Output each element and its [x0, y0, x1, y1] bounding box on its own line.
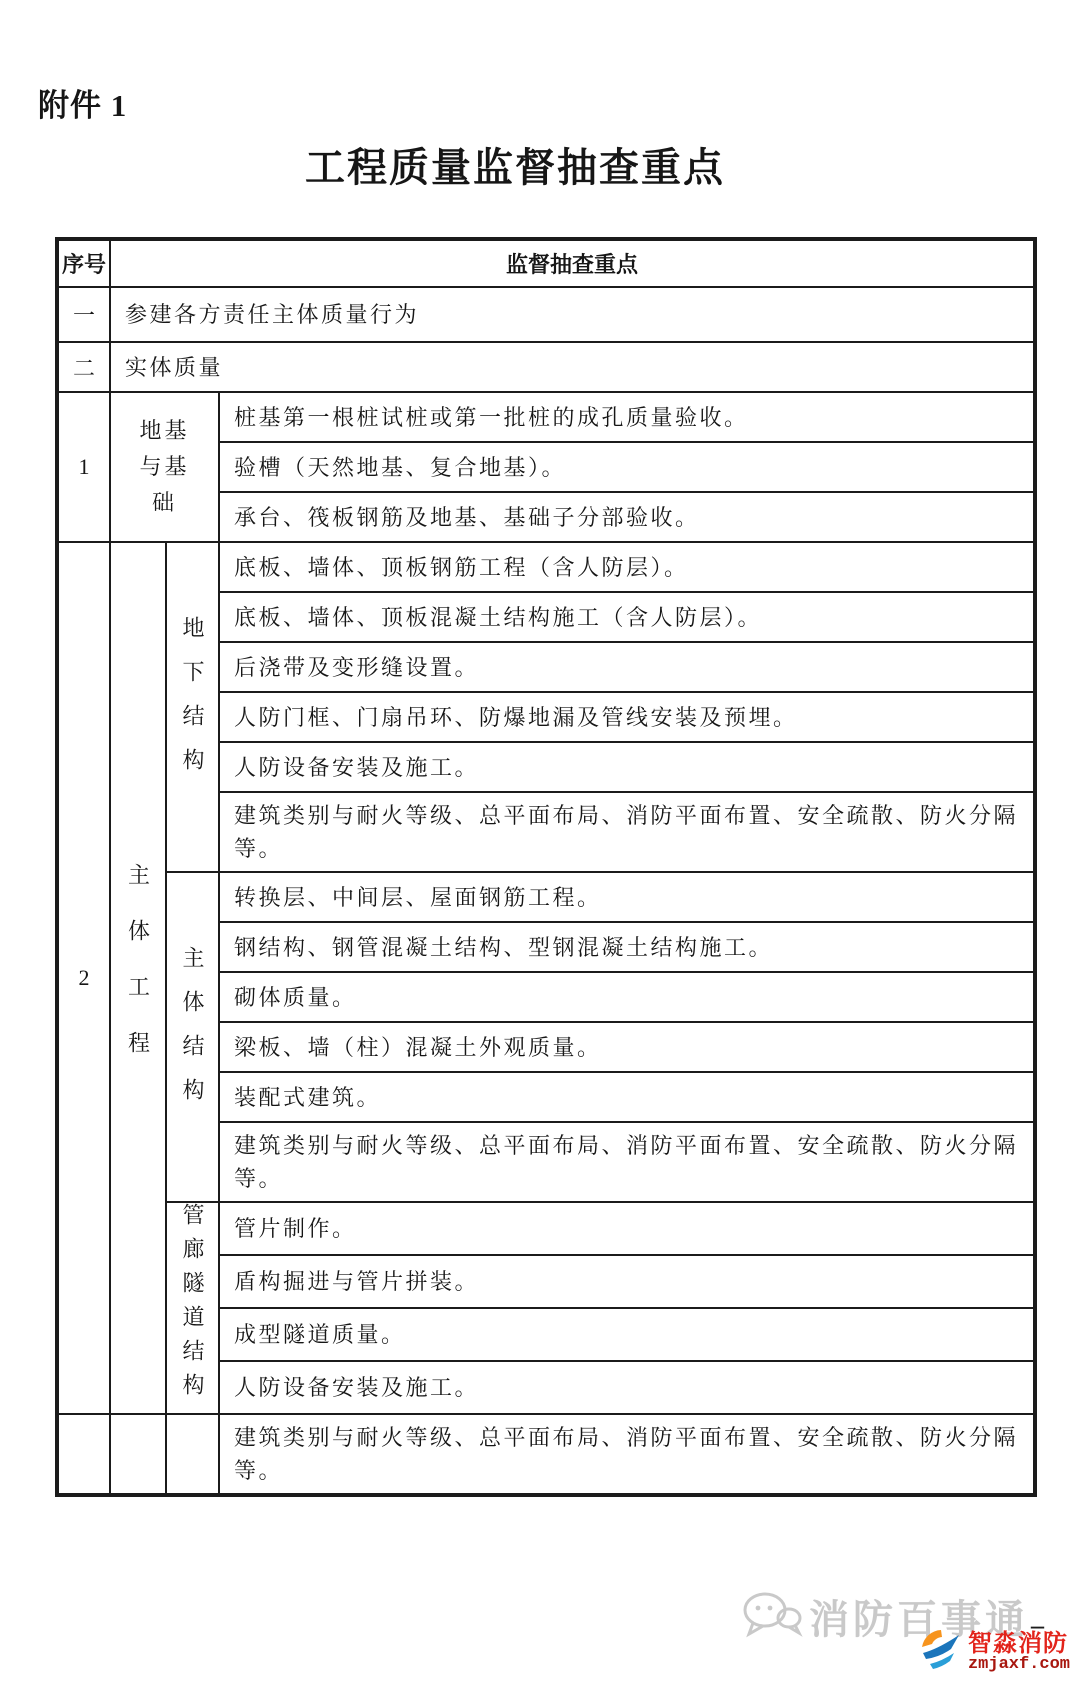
- item-text: 建筑类别与耐火等级、总平面布局、消防平面布置、安全疏散、防火分隔等。: [234, 799, 1029, 865]
- item-cell: 承台、筏板钢筋及地基、基础子分部验收。: [219, 492, 1035, 542]
- table-row: 管廊隧道结构 管片制作。: [57, 1202, 1035, 1255]
- item-cell: 人防门框、门扇吊环、防爆地漏及管线安装及预埋。: [219, 692, 1035, 742]
- chat-bubbles-icon: [741, 1590, 803, 1643]
- row-no-cell: 二: [57, 342, 110, 392]
- item-cell: 装配式建筑。: [219, 1072, 1035, 1122]
- table-row: 二 实体质量: [57, 342, 1035, 392]
- section1-category-label: 地基与基础: [127, 413, 202, 521]
- group-underground-label: 地下结构: [177, 616, 208, 792]
- brand-domain: zmjaxf.com: [968, 1656, 1070, 1674]
- section2-no-cell: 2: [57, 542, 110, 1414]
- section1-no-cell: 1: [57, 392, 110, 542]
- group-tunnel-label: 管廊隧道结构: [177, 1203, 208, 1407]
- item-cell: 人防设备安装及施工。: [219, 1361, 1035, 1414]
- header-no-cell: 序号: [57, 239, 110, 287]
- item-cell: 成型隧道质量。: [219, 1308, 1035, 1361]
- section1-category-cell: 地基与基础: [110, 392, 219, 542]
- item-cell: 底板、墙体、顶板混凝土结构施工（含人防层）。: [219, 592, 1035, 642]
- header-content-cell: 监督抽查重点: [110, 239, 1035, 287]
- item-cell: 建筑类别与耐火等级、总平面布局、消防平面布置、安全疏散、防火分隔等。: [219, 792, 1035, 872]
- brand-name: 智淼消防: [968, 1631, 1070, 1656]
- table-row: 1 地基与基础 桩基第一根桩试桩或第一批桩的成孔质量验收。: [57, 392, 1035, 442]
- group-underground-cell: 地下结构: [166, 542, 219, 872]
- row-content-cell: 实体质量: [110, 342, 1035, 392]
- inspection-table: 序号 监督抽查重点 一 参建各方责任主体质量行为 二 实体质量 1 地基与基础 …: [55, 237, 1037, 1497]
- item-cell: 梁板、墙（柱）混凝土外观质量。: [219, 1022, 1035, 1072]
- table-row: 主体结构 转换层、中间层、屋面钢筋工程。: [57, 872, 1035, 922]
- item-cell: 建筑类别与耐火等级、总平面布局、消防平面布置、安全疏散、防火分隔等。: [219, 1122, 1035, 1202]
- item-cell: 盾构掘进与管片拼装。: [219, 1255, 1035, 1308]
- group-mainstructure-label: 主体结构: [177, 946, 208, 1122]
- empty-cell: [110, 1414, 166, 1495]
- zhimiao-logo-icon: [918, 1627, 964, 1678]
- document-page: 附件 1 工程质量监督抽查重点 序号 监督抽查重点 一 参建各方责任主体质量行为…: [0, 0, 1080, 1683]
- item-cell: 后浇带及变形缝设置。: [219, 642, 1035, 692]
- item-cell: 钢结构、钢管混凝土结构、型钢混凝土结构施工。: [219, 922, 1035, 972]
- item-text: 建筑类别与耐火等级、总平面布局、消防平面布置、安全疏散、防火分隔等。: [234, 1129, 1029, 1195]
- table-row: 2 主体工程 地下结构 底板、墙体、顶板钢筋工程（含人防层）。: [57, 542, 1035, 592]
- item-cell: 桩基第一根桩试桩或第一批桩的成孔质量验收。: [219, 392, 1035, 442]
- brand-logo: 智淼消防 zmjaxf.com: [918, 1627, 1070, 1678]
- item-cell: 人防设备安装及施工。: [219, 742, 1035, 792]
- section2-category-label: 主体工程: [123, 863, 154, 1087]
- table-header-row: 序号 监督抽查重点: [57, 239, 1035, 287]
- item-cell: 底板、墙体、顶板钢筋工程（含人防层）。: [219, 542, 1035, 592]
- item-cell: 验槽（天然地基、复合地基）。: [219, 442, 1035, 492]
- row-no-cell: 一: [57, 287, 110, 342]
- group-mainstructure-cell: 主体结构: [166, 872, 219, 1202]
- empty-cell: [166, 1414, 219, 1495]
- item-cell: 建筑类别与耐火等级、总平面布局、消防平面布置、安全疏散、防火分隔等。: [219, 1414, 1035, 1495]
- item-text: 建筑类别与耐火等级、总平面布局、消防平面布置、安全疏散、防火分隔等。: [234, 1421, 1029, 1487]
- item-cell: 转换层、中间层、屋面钢筋工程。: [219, 872, 1035, 922]
- row-content-cell: 参建各方责任主体质量行为: [110, 287, 1035, 342]
- page-title: 工程质量监督抽查重点: [0, 136, 1030, 193]
- attachment-label: 附件 1: [38, 80, 127, 125]
- table-row: 建筑类别与耐火等级、总平面布局、消防平面布置、安全疏散、防火分隔等。: [57, 1414, 1035, 1495]
- item-cell: 砌体质量。: [219, 972, 1035, 1022]
- section2-category-cell: 主体工程: [110, 542, 166, 1414]
- table-row: 一 参建各方责任主体质量行为: [57, 287, 1035, 342]
- item-cell: 管片制作。: [219, 1202, 1035, 1255]
- empty-cell: [57, 1414, 110, 1495]
- group-tunnel-cell: 管廊隧道结构: [166, 1202, 219, 1414]
